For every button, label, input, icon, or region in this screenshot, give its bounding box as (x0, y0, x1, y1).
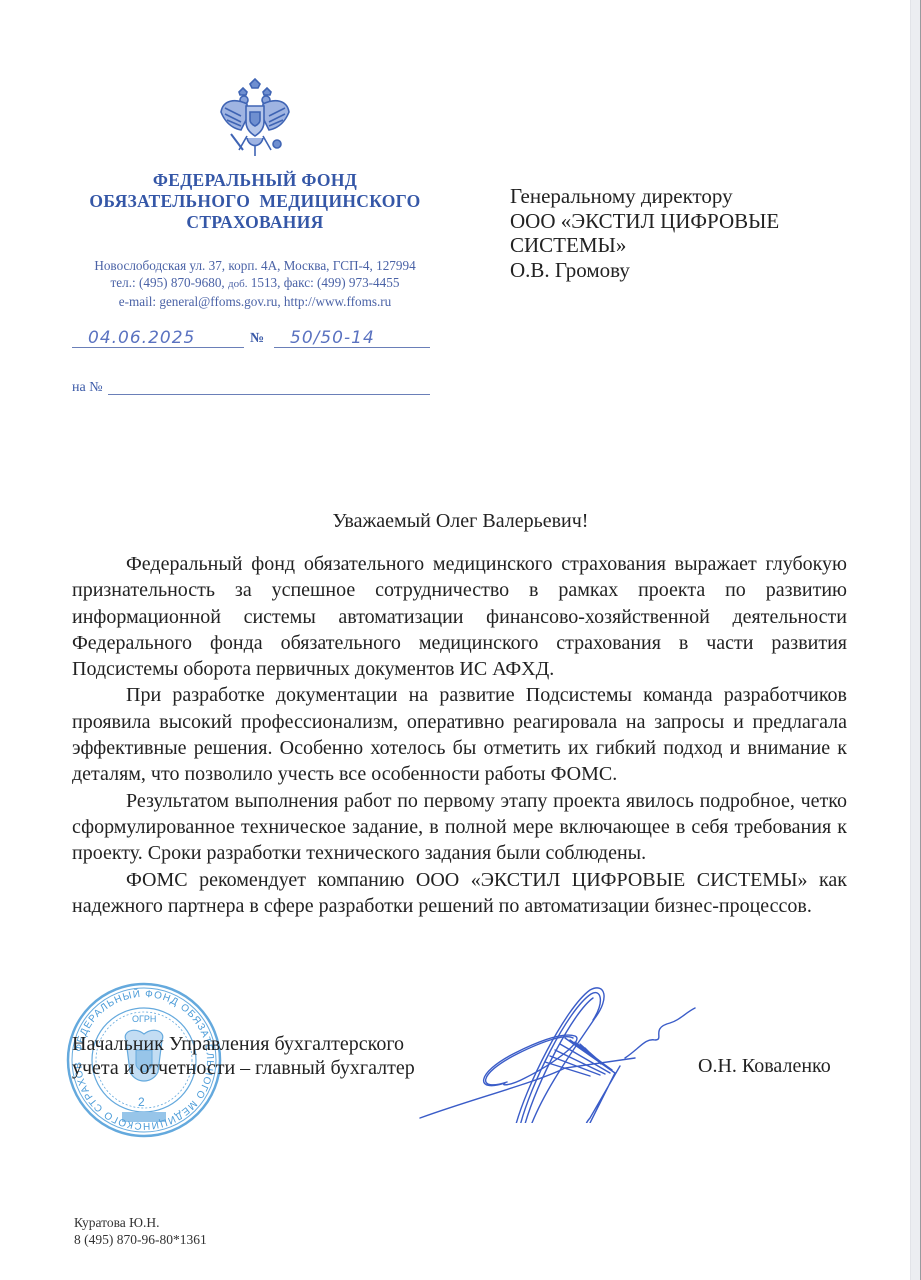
paragraph: Федеральный фонд обязательного медицинск… (72, 551, 847, 682)
signatory-title-line: Начальник Управления бухгалтерского (72, 1032, 415, 1056)
registration-date: 04.06.2025 (72, 328, 244, 348)
phone: тел.: (495) 870-9680, (111, 275, 228, 290)
coat-of-arms-icon (217, 78, 293, 160)
executor-phone: 8 (495) 870-96-80*1361 (74, 1231, 207, 1248)
addressee-line: Генеральному директору (510, 184, 779, 209)
signatory-title: Начальник Управления бухгалтерского учет… (72, 1032, 415, 1080)
paragraph: Результатом выполнения работ по первому … (72, 788, 847, 867)
registration-number: 50/50-14 (274, 328, 430, 348)
handwritten-signature-icon (415, 978, 715, 1123)
addressee-line: СИСТЕМЫ» (510, 233, 779, 258)
contact-info: Новослободская ул. 37, корп. 4А, Москва,… (60, 257, 450, 310)
signatory-name: О.Н. Коваленко (698, 1055, 831, 1078)
org-name-line: ОБЯЗАТЕЛЬНОГО МЕДИЦИНСКОГО (60, 191, 450, 212)
signatory-title-line: учета и отчетности – главный бухгалтер (72, 1056, 415, 1080)
paragraph: При разработке документации на развитие … (72, 682, 847, 787)
letterhead: ФЕДЕРАЛЬНЫЙ ФОНД ОБЯЗАТЕЛЬНОГО МЕДИЦИНСК… (60, 78, 450, 310)
svg-text:ОГРН: ОГРН (132, 1014, 156, 1024)
email-website: e-mail: general@ffoms.gov.ru, http://www… (60, 293, 450, 310)
registration-number-label: № (250, 331, 264, 347)
reference-label: на № (72, 380, 103, 396)
registration-line: 04.06.2025 № 50/50-14 (72, 328, 432, 350)
svg-text:2: 2 (138, 1095, 145, 1109)
addressee: Генеральному директору ООО «ЭКСТИЛ ЦИФРО… (510, 184, 779, 282)
salutation: Уважаемый Олег Валерьевич! (0, 510, 921, 533)
address: Новослободская ул. 37, корп. 4А, Москва,… (60, 257, 450, 274)
phone-ext-fax: 1513, факс: (499) 973-4455 (247, 275, 399, 290)
letter-body: Федеральный фонд обязательного медицинск… (72, 551, 847, 919)
organization-name: ФЕДЕРАЛЬНЫЙ ФОНД ОБЯЗАТЕЛЬНОГО МЕДИЦИНСК… (60, 170, 450, 233)
paragraph: ФОМС рекомендует компанию ООО «ЭКСТИЛ ЦИ… (72, 867, 847, 920)
reference-line: на № (72, 378, 432, 398)
org-name-line: ФЕДЕРАЛЬНЫЙ ФОНД (60, 170, 450, 191)
executor-name: Куратова Ю.Н. (74, 1214, 207, 1231)
org-name-line: СТРАХОВАНИЯ (60, 212, 450, 233)
phone-ext-label: доб. (228, 278, 247, 290)
phone-line: тел.: (495) 870-9680, доб. 1513, факс: (… (60, 274, 450, 293)
executor-info: Куратова Ю.Н. 8 (495) 870-96-80*1361 (74, 1214, 207, 1248)
reference-field (108, 378, 430, 395)
addressee-line: ООО «ЭКСТИЛ ЦИФРОВЫЕ (510, 209, 779, 234)
addressee-line: О.В. Громову (510, 258, 779, 283)
page-edge (910, 0, 921, 1280)
